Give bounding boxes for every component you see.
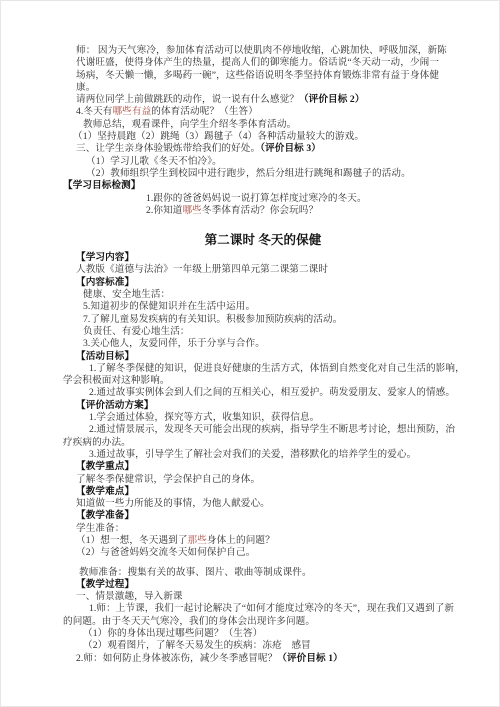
text-segment: 健康、安全地生活： bbox=[83, 289, 170, 300]
text-segment: （2）教师组织学生到校园中进行跑步，然后分组进行跳绳和踢毽子的活动。 bbox=[86, 168, 411, 179]
text-segment: 一、情景激趣，导入新课 bbox=[76, 591, 183, 602]
text-line: 知道做一些力所能及的事情，为他人献爱心。 bbox=[76, 498, 463, 510]
text-segment: 5.知道初步的保健知识并在生活中运用。 bbox=[83, 301, 255, 312]
text-line: 2.师：如何防止身体被冻伤，减少冬季感冒呢？（评价目标 1） bbox=[76, 653, 463, 665]
text-segment: 学生准备： bbox=[76, 523, 124, 534]
text-line: （1）坚持晨跑（2）跳绳（3）踢毽子（4）各种活动量较大的游戏。 bbox=[73, 131, 463, 143]
text-line: 5.知道初步的保健知识并在生活中运用。 bbox=[83, 301, 463, 313]
emphasis-text: 【学习目标检测】 bbox=[63, 180, 141, 191]
text-line: 场病，冬天懒一懒，多喝药一碗”，这些俗语说明冬季坚持体育锻炼非常有益于身体健 bbox=[76, 70, 463, 82]
text-segment: 7.了解儿童易发疾病的有关知识。积极参加预防疾病的活动。 bbox=[83, 314, 342, 325]
text-segment: 教师总结，观看课件，向学生介绍冬季体育活动。 bbox=[83, 119, 296, 130]
text-line: 三、让学生亲身体验锻炼带给我们的好处。（评价目标 3） bbox=[76, 143, 463, 155]
text-segment: 2.通过故事实例体会到人们之间的互相关心，相互爱护。萌发爱朋友、爱家人的情感。 bbox=[89, 387, 455, 398]
section-header: 【教学重点】 bbox=[76, 461, 463, 473]
text-segment: （1）想一想，冬天遇到了 bbox=[76, 535, 188, 546]
text-segment: 1.跟你的爸爸妈妈说一说打算怎样度过寒冷的冬天。 bbox=[146, 193, 367, 204]
text-line: （2）教师组织学生到校园中进行跑步，然后分组进行跳绳和踢毽子的活动。 bbox=[86, 168, 463, 180]
text-segment: 的问题。由于冬天天气寒冷，我们的身体会出现许多问题。 bbox=[63, 616, 315, 627]
text-line: 4.冬天有哪些有益的体育活动呢？（生答） bbox=[76, 106, 463, 118]
text-segment: 冬季体育活动？你会玩吗？ bbox=[202, 205, 318, 216]
text-segment: 代谢旺盛，使得身体产生的热量，提高人们的御寒能力。俗话说“冬天动一动，少闹一 bbox=[76, 57, 439, 68]
text-segment: 场病，冬天懒一懒，多喝药一碗”，这些俗语说明冬季坚持体育锻炼非常有益于身体健 bbox=[76, 70, 439, 81]
emphasis-text: 【教学难点】 bbox=[76, 486, 134, 497]
text-segment: 学会积极面对这种影响。 bbox=[63, 375, 170, 386]
section-header: 【教学准备】 bbox=[76, 510, 463, 522]
text-segment: （2）与爸爸妈妈交流冬天如何保护自己。 bbox=[76, 547, 255, 558]
section-header: 【活动目标】 bbox=[76, 351, 463, 363]
text-line: 师： 因为天气寒冷，参加体育活动可以使肌肉不停地收缩，心跳加快、呼吸加深，新陈 bbox=[76, 45, 463, 57]
text-segment: 康。 bbox=[76, 82, 95, 93]
emphasis-text: 【学习内容】 bbox=[76, 252, 134, 263]
text-line: 健康、安全地生活： bbox=[83, 289, 463, 301]
text-line: 负责任、有爱心地生活： bbox=[83, 326, 463, 338]
text-segment: （2）观看图片，了解冬天易发生的疾病：冻疮 感冒 bbox=[83, 640, 311, 651]
text-line: 疗疾病的办法。 bbox=[63, 437, 463, 449]
text-segment: 了解冬季保健常识，学会保护自己的身体。 bbox=[76, 474, 260, 485]
section-header: 【内容标准】 bbox=[76, 277, 463, 289]
text-segment: 4.冬天有 bbox=[76, 106, 112, 117]
text-segment: 2.师：如何防止身体被冻伤，减少冬季感冒呢？ bbox=[76, 653, 277, 664]
text-line: 2.通过故事实例体会到人们之间的互相关心，相互爱护。萌发爱朋友、爱家人的情感。 bbox=[89, 387, 463, 399]
text-line: 1.跟你的爸爸妈妈说一说打算怎样度过寒冷的冬天。 bbox=[146, 193, 463, 205]
text-line: 教师总结，观看课件，向学生介绍冬季体育活动。 bbox=[83, 119, 463, 131]
emphasis-text: 【教学过程】 bbox=[76, 579, 134, 590]
section-header: 【教学过程】 bbox=[76, 579, 463, 591]
text-line: （2）观看图片，了解冬天易发生的疾病：冻疮 感冒 bbox=[83, 640, 463, 652]
text-line: （1）学习儿歌《冬天不怕冷》。 bbox=[86, 156, 463, 168]
text-segment: 的体育活动呢？（生答） bbox=[151, 106, 258, 117]
emphasis-text: （评价目标 1） bbox=[277, 653, 343, 664]
highlighted-text: 哪些 bbox=[182, 205, 201, 216]
text-line: 请两位同学上前做跳跃的动作，说一说有什么感觉？（评价目标 2） bbox=[76, 94, 463, 106]
highlighted-text: 那些 bbox=[188, 535, 207, 546]
text-segment: （1）学习儿歌《冬天不怕冷》。 bbox=[86, 156, 222, 167]
text-line: 学生准备： bbox=[76, 523, 463, 535]
text-segment: 2.通过情景展示，发现冬天可能会出现的疾病，指导学生不断思考讨论，想出预防，治 bbox=[89, 424, 455, 435]
text-segment: 人教版《道德与法治》一年级上册第四单元第二课第二课时 bbox=[76, 264, 328, 275]
text-segment: （1）坚持晨跑（2）跳绳（3）踢毽子（4）各种活动量较大的游戏。 bbox=[73, 131, 364, 142]
text-segment: 1.师：上节课，我们一起讨论解决了“如何才能度过寒冷的冬天”，现在我们又遇到了新 bbox=[89, 603, 454, 614]
emphasis-text: 【内容标准】 bbox=[76, 277, 134, 288]
text-line: （1）你的身体出现过哪些问题？（生答） bbox=[83, 628, 463, 640]
text-line: 1.了解冬季保健的知识，促进良好健康的生活方式，体悟到自然变化对自己生活的影响， bbox=[89, 363, 463, 375]
text-line: 7.了解儿童易发疾病的有关知识。积极参加预防疾病的活动。 bbox=[83, 314, 463, 326]
text-segment: 1.学会通过体验，探究等方式，收集知识，获得信息。 bbox=[89, 412, 319, 423]
emphasis-text: 【评价活动方案】 bbox=[76, 400, 154, 411]
text-line: 1.师：上节课，我们一起讨论解决了“如何才能度过寒冷的冬天”，现在我们又遇到了新 bbox=[89, 603, 463, 615]
emphasis-text: 【活动目标】 bbox=[76, 351, 134, 362]
text-segment: 负责任、有爱心地生活： bbox=[83, 326, 190, 337]
text-segment: 知道做一些力所能及的事情，为他人献爱心。 bbox=[76, 498, 270, 509]
section-title: 第二课时 冬天的保健 bbox=[63, 232, 463, 249]
text-segment: 3.通过故事，引导学生了解社会对我们的关爱，潜移默化的培养学生的爱心。 bbox=[89, 449, 416, 460]
text-line: 康。 bbox=[76, 82, 463, 94]
text-line: 人教版《道德与法治》一年级上册第四单元第二课第二课时 bbox=[76, 264, 463, 276]
section-header: 【学习目标检测】 bbox=[63, 180, 463, 192]
text-line: 3.关心他人，友爱同伴，乐于分享与合作。 bbox=[83, 338, 463, 350]
emphasis-text: 【教学准备】 bbox=[76, 510, 134, 521]
document-page: 师： 因为天气寒冷，参加体育活动可以使肌肉不停地收缩，心跳加快、呼吸加深，新陈代… bbox=[0, 0, 500, 707]
text-segment: （1）你的身体出现过哪些问题？（生答） bbox=[83, 628, 262, 639]
text-line: 1.学会通过体验，探究等方式，收集知识，获得信息。 bbox=[89, 412, 463, 424]
section-header: 【学习内容】 bbox=[76, 252, 463, 264]
section-header: 【教学难点】 bbox=[76, 486, 463, 498]
emphasis-text: 【教学重点】 bbox=[76, 461, 134, 472]
text-segment: 3.关心他人，友爱同伴，乐于分享与合作。 bbox=[83, 338, 265, 349]
text-segment: 教师准备：搜集有关的故事、图片、歌曲等制成课件。 bbox=[79, 567, 312, 578]
text-line: （1）想一想，冬天遇到了那些身体上的问题？ bbox=[76, 535, 463, 547]
text-line: 2.通过情景展示，发现冬天可能会出现的疾病，指导学生不断思考讨论，想出预防，治 bbox=[89, 424, 463, 436]
text-segment: 三、让学生亲身体验锻炼带给我们的好处。 bbox=[76, 143, 260, 154]
text-line: 学会积极面对这种影响。 bbox=[63, 375, 463, 387]
text-line: 3.通过故事，引导学生了解社会对我们的关爱，潜移默化的培养学生的爱心。 bbox=[89, 449, 463, 461]
highlighted-text: 哪些有益 bbox=[112, 106, 151, 117]
text-line: 代谢旺盛，使得身体产生的热量，提高人们的御寒能力。俗话说“冬天动一动，少闹一 bbox=[76, 57, 463, 69]
text-segment: 身体上的问题？ bbox=[207, 535, 275, 546]
text-segment: 2.你知道 bbox=[146, 205, 182, 216]
text-segment: 请两位同学上前做跳跃的动作，说一说有什么感觉？ bbox=[76, 94, 299, 105]
text-line: 了解冬季保健常识，学会保护自己的身体。 bbox=[76, 474, 463, 486]
text-line: 的问题。由于冬天天气寒冷，我们的身体会出现许多问题。 bbox=[63, 616, 463, 628]
section-header: 【评价活动方案】 bbox=[76, 400, 463, 412]
emphasis-text: 第二课时 冬天的保健 bbox=[205, 233, 322, 247]
text-line: 教师准备：搜集有关的故事、图片、歌曲等制成课件。 bbox=[79, 567, 463, 579]
text-segment: 1.了解冬季保健的知识，促进良好健康的生活方式，体悟到自然变化对自己生活的影响， bbox=[89, 363, 465, 374]
text-line: （2）与爸爸妈妈交流冬天如何保护自己。 bbox=[76, 547, 463, 559]
emphasis-text: （评价目标 3） bbox=[260, 143, 321, 154]
text-segment: 师： 因为天气寒冷，参加体育活动可以使肌肉不停地收缩，心跳加快、呼吸加深，新陈 bbox=[76, 45, 447, 56]
emphasis-text: （评价目标 2） bbox=[299, 94, 365, 105]
document-content: 师： 因为天气寒冷，参加体育活动可以使肌肉不停地收缩，心跳加快、呼吸加深，新陈代… bbox=[63, 45, 463, 665]
text-segment: 疗疾病的办法。 bbox=[63, 437, 131, 448]
text-line: 2.你知道哪些冬季体育活动？你会玩吗？ bbox=[146, 205, 463, 217]
text-line: 一、情景激趣，导入新课 bbox=[76, 591, 463, 603]
